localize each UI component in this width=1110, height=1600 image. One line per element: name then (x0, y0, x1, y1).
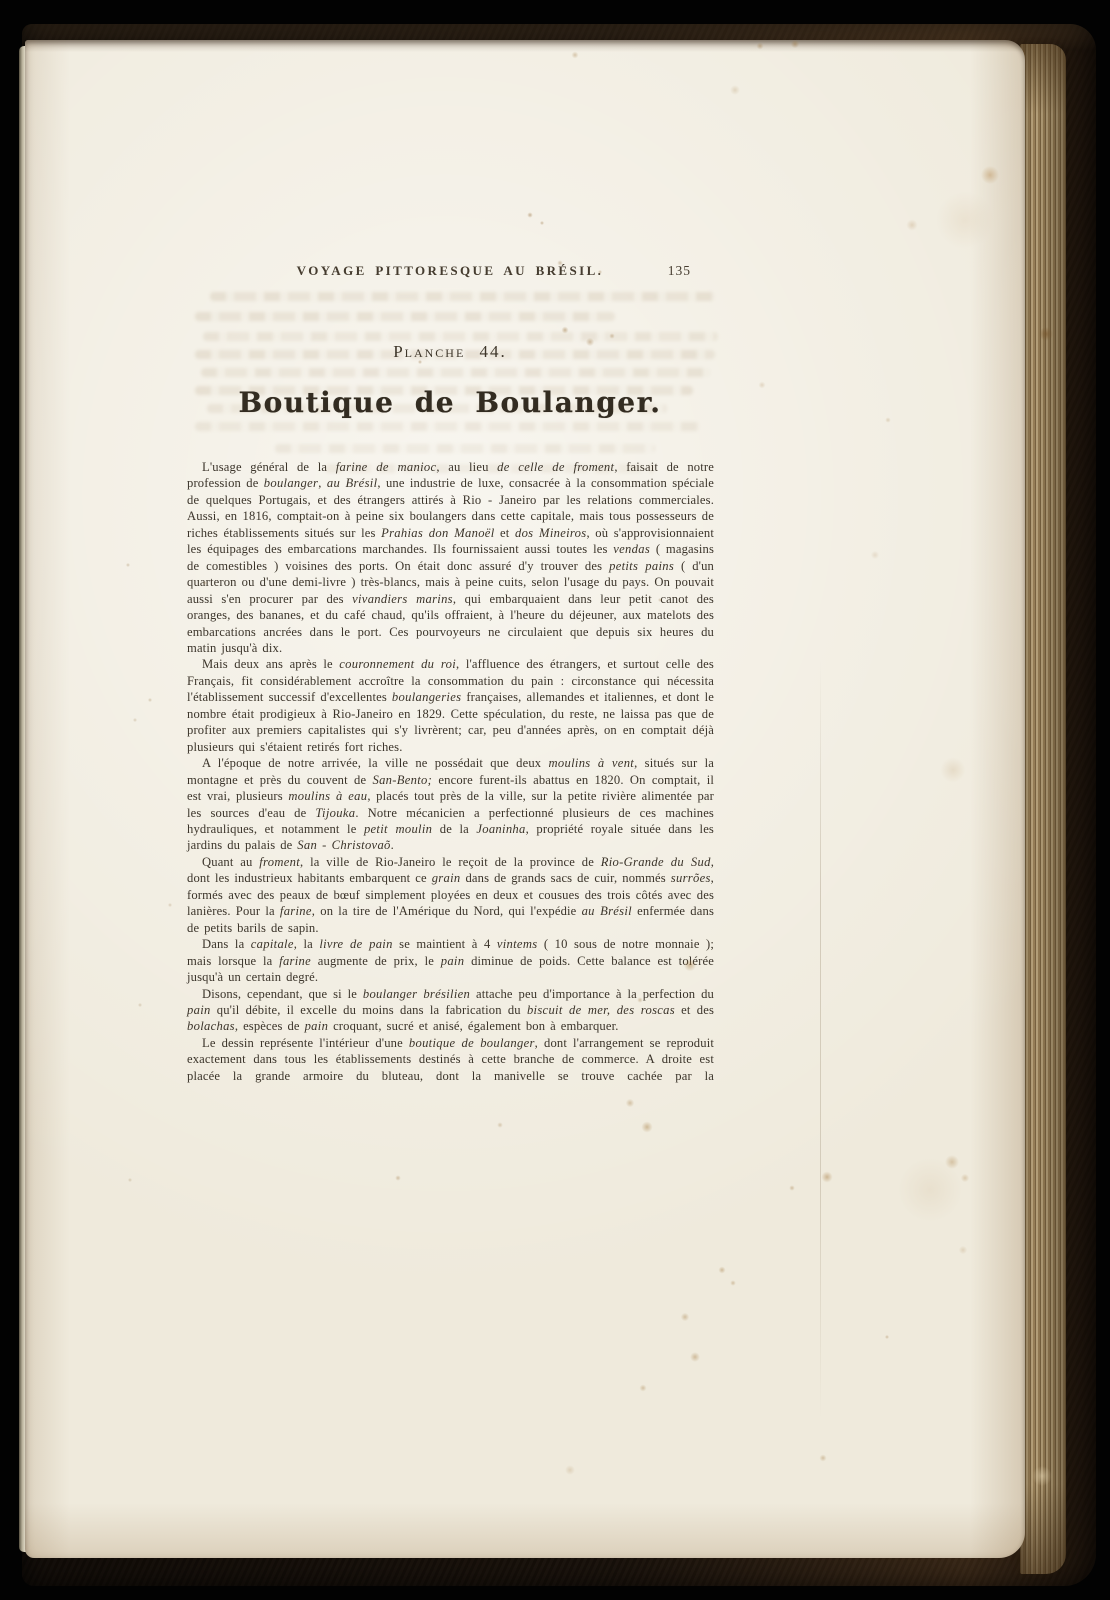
paragraph: Le dessin représente l'intérieur d'une b… (187, 1035, 714, 1084)
paragraph: Dans la capitale, la livre de pain se ma… (187, 936, 714, 985)
plate-label: Planche 44. (187, 342, 713, 362)
paragraph: A l'époque de notre arrivée, la ville ne… (187, 755, 714, 854)
paragraph: Mais deux ans après le couronnement du r… (187, 656, 714, 755)
book-page: VOYAGE PITTORESQUE AU BRÉSIL. 135 Planch… (25, 40, 1025, 1558)
page-header-row: VOYAGE PITTORESQUE AU BRÉSIL. 135 (187, 262, 713, 282)
chapter-title: Boutique de Boulanger. (187, 386, 713, 419)
scanned-book-photo: VOYAGE PITTORESQUE AU BRÉSIL. 135 Planch… (0, 0, 1110, 1600)
paper-crease (820, 660, 821, 1420)
body-text: L'usage général de la farine de manioc, … (187, 459, 714, 1084)
book-fore-edge-pages (1020, 44, 1066, 1574)
running-header: VOYAGE PITTORESQUE AU BRÉSIL. (297, 263, 604, 278)
paragraph: Disons, cependant, que si le boulanger b… (187, 986, 714, 1035)
paragraph: L'usage général de la farine de manioc, … (187, 459, 714, 656)
page-number: 135 (668, 263, 691, 279)
paragraph: Quant au froment, la ville de Rio-Janeir… (187, 854, 714, 936)
